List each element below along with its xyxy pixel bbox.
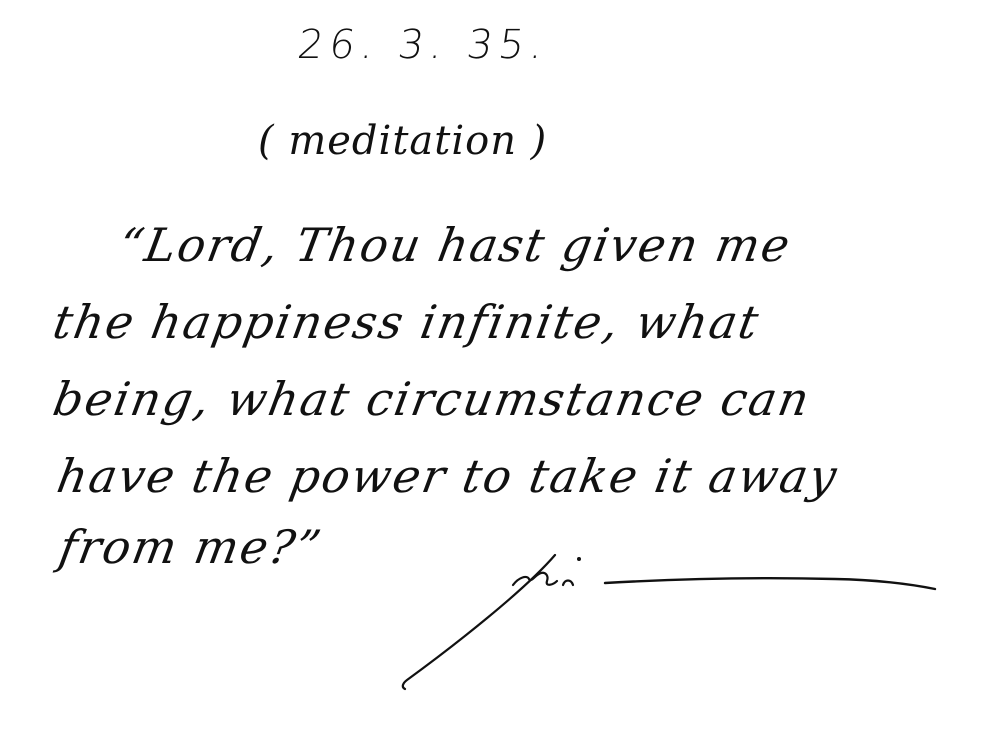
- quote-line-2: the happiness infinite, what: [49, 295, 764, 349]
- quote-line-5: from me?”: [55, 520, 327, 574]
- quote-line-4: have the power to take it away: [53, 449, 842, 503]
- note-date: 26. 3. 35.: [295, 22, 552, 68]
- note-title: ( meditation ): [258, 118, 547, 164]
- quote-line-1: “Lord, Thou hast given me: [115, 218, 795, 272]
- handwritten-note-page: 26. 3. 35. ( meditation ) “Lord, Thou ha…: [0, 0, 990, 735]
- quote-line-3: being, what circumstance can: [49, 372, 815, 426]
- signature-mark: [395, 545, 955, 695]
